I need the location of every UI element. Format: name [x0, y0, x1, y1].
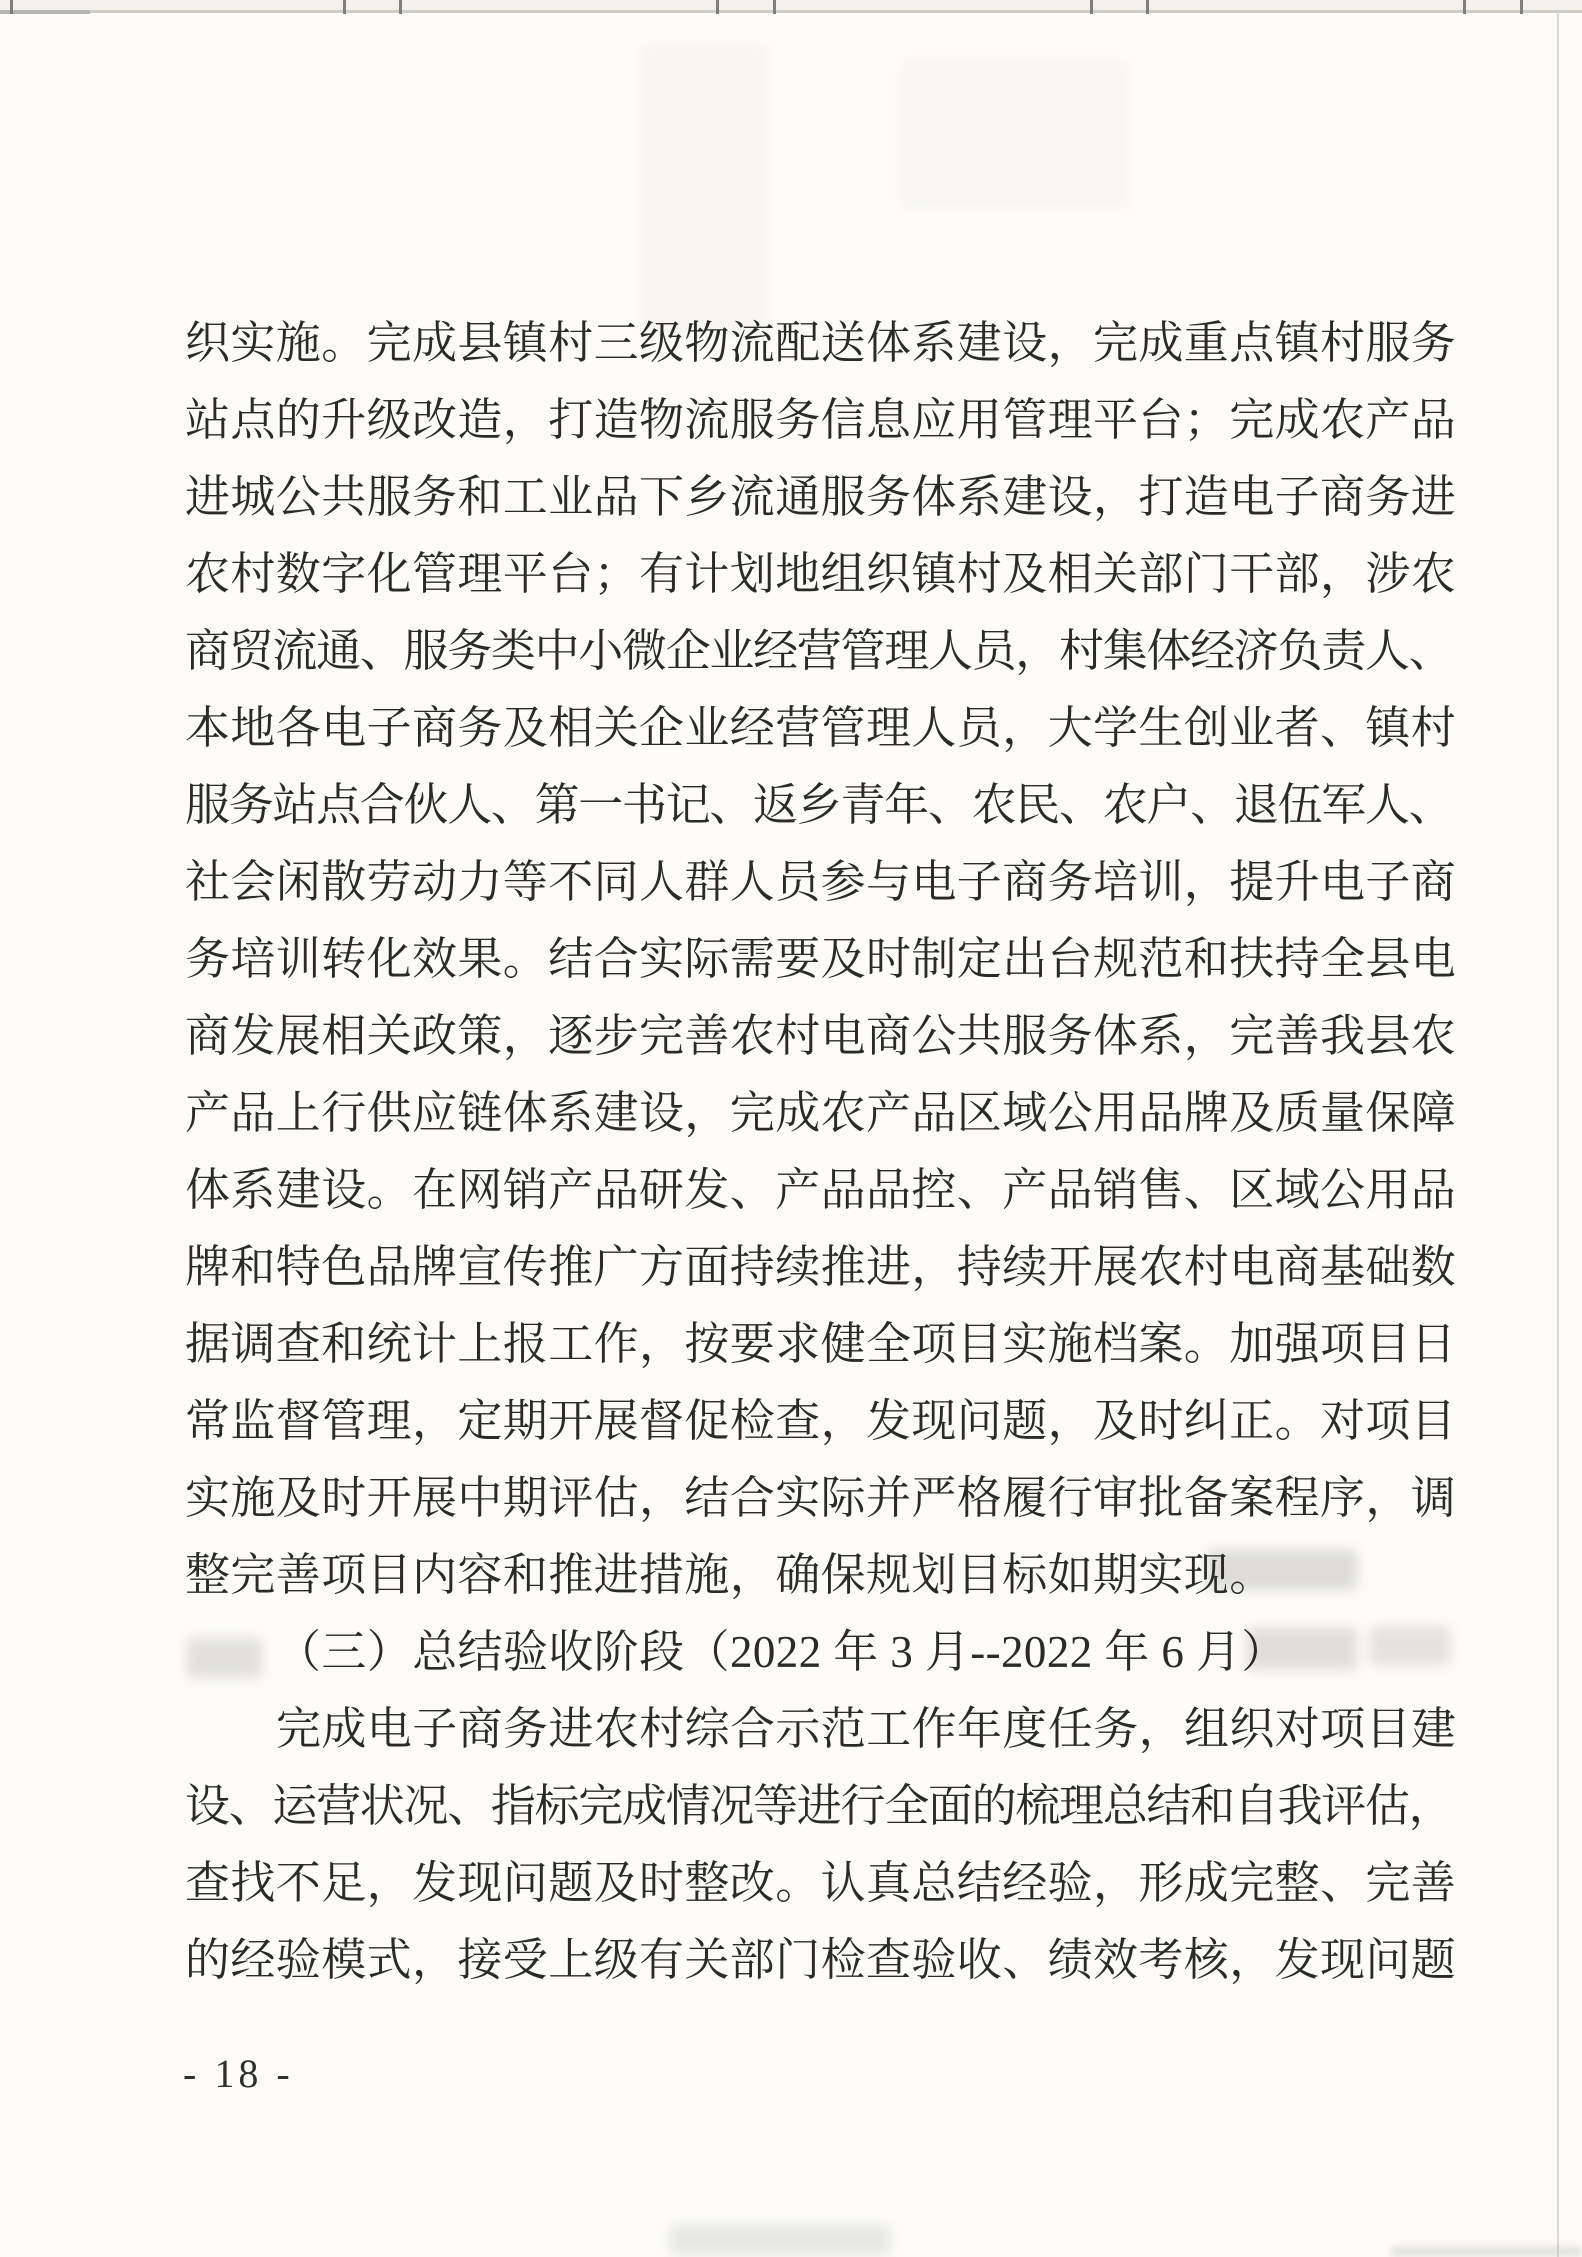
text-line: 体系建设。在网销产品研发、产品品控、产品销售、区域公用品 — [185, 1152, 1480, 1229]
scanner-tick — [1090, 0, 1093, 14]
scan-top-edge-line-dark-segment — [0, 10, 90, 14]
scanned-document-page: 织实施。完成县镇村三级物流配送体系建设，完成重点镇村服务站点的升级改造，打造物流… — [0, 0, 1582, 2257]
text-line: 商发展相关政策，逐步完善农村电商公共服务体系，完善我县农 — [185, 998, 1480, 1075]
scanner-tick — [716, 0, 719, 14]
scan-smudge — [1390, 2246, 1582, 2257]
scan-top-edge-line — [0, 10, 1582, 13]
text-line: 务培训转化效果。结合实际需要及时制定出台规范和扶持全县电 — [185, 921, 1480, 998]
text-line: 查找不足，发现问题及时整改。认真总结经验，形成完整、完善 — [185, 1845, 1480, 1922]
text-line: 社会闲散劳动力等不同人群人员参与电子商务培训，提升电子商 — [185, 844, 1480, 921]
scanner-tick — [773, 0, 776, 14]
text-line: 据调查和统计上报工作，按要求健全项目实施档案。加强项目日 — [185, 1306, 1480, 1383]
text-line: 的经验模式，接受上级有关部门检查验收、绩效考核，发现问题 — [185, 1922, 1480, 1999]
page-number: - 18 - — [183, 2050, 294, 2097]
scanner-tick — [1146, 0, 1149, 14]
scanner-tick — [1520, 0, 1523, 14]
text-line: 进城公共服务和工业品下乡流通服务体系建设，打造电子商务进 — [185, 459, 1480, 536]
scanner-tick — [10, 0, 13, 14]
text-line: 实施及时开展中期评估，结合实际并严格履行审批备案程序，调 — [185, 1460, 1480, 1537]
text-line: 产品上行供应链体系建设，完成农产品区域公用品牌及质量保障 — [185, 1075, 1480, 1152]
scan-top-edge-band — [0, 0, 1582, 10]
scanner-tick — [399, 0, 402, 14]
text-line: 设、运营状况、指标完成情况等进行全面的梳理总结和自我评估， — [185, 1768, 1480, 1845]
text-line: 常监督管理，定期开展督促检查，发现问题，及时纠正。对项目 — [185, 1383, 1480, 1460]
text-line: 整完善项目内容和推进措施，确保规划目标如期实现。 — [185, 1537, 1480, 1614]
text-line: 本地各电子商务及相关企业经营管理人员，大学生创业者、镇村 — [185, 690, 1480, 767]
text-line: 站点的升级改造，打造物流服务信息应用管理平台；完成农产品 — [185, 382, 1480, 459]
bleed-through-smudge — [670, 2225, 890, 2255]
page-edge-shadow-line — [1557, 12, 1559, 2257]
text-line: 服务站点合伙人、第一书记、返乡青年、农民、农户、退伍军人、 — [185, 767, 1480, 844]
scan-smudge — [900, 60, 1130, 210]
scanner-tick — [1463, 0, 1466, 14]
text-line: 牌和特色品牌宣传推广方面持续推进，持续开展农村电商基础数 — [185, 1229, 1480, 1306]
scan-smudge — [640, 45, 770, 335]
document-lines: 织实施。完成县镇村三级物流配送体系建设，完成重点镇村服务站点的升级改造，打造物流… — [185, 305, 1480, 1999]
scanner-tick — [343, 0, 346, 14]
section-heading: （三）总结验收阶段（2022 年 3 月--2022 年 6 月） — [185, 1614, 1480, 1691]
text-line: 商贸流通、服务类中小微企业经营管理人员，村集体经济负责人、 — [185, 613, 1480, 690]
text-line: 农村数字化管理平台；有计划地组织镇村及相关部门干部，涉农 — [185, 536, 1480, 613]
text-line: 织实施。完成县镇村三级物流配送体系建设，完成重点镇村服务 — [185, 305, 1480, 382]
text-line: 完成电子商务进农村综合示范工作年度任务，组织对项目建 — [185, 1691, 1480, 1768]
